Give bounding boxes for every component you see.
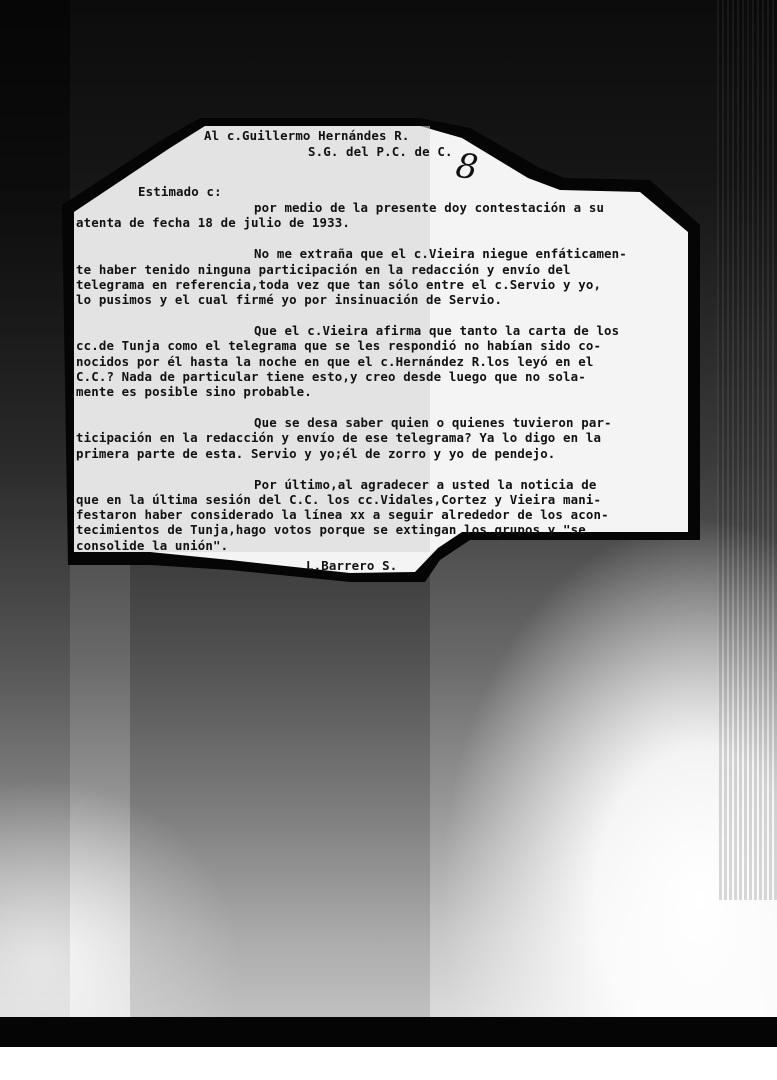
signature: L.Barrero S. <box>306 558 397 573</box>
text-line: Que el c.Vieira afirma que tanto la cart… <box>76 323 696 338</box>
text-line: consolide la unión". <box>76 538 696 553</box>
paragraph-4: Que se desa saber quien o quienes tuvier… <box>76 415 696 461</box>
text-line: Que se desa saber quien o quienes tuvier… <box>76 415 696 430</box>
addressee-title: S.G. del P.C. de C. <box>308 144 453 159</box>
text-line: cc.de Tunja como el telegrama que se les… <box>76 338 696 353</box>
text-line: telegrama en referencia,toda vez que tan… <box>76 277 696 292</box>
text-line: mente es posible sino probable. <box>76 384 696 399</box>
text-line: lo pusimos y el cual firmé yo por insinu… <box>76 292 696 307</box>
film-margin <box>0 1047 777 1080</box>
text-line: tecimientos de Tunja,hago votos porque s… <box>76 522 696 537</box>
salutation: Estimado c: <box>138 184 222 199</box>
text-line: No me extraña que el c.Vieira niegue enf… <box>76 246 696 261</box>
text-line: primera parte de esta. Servio y yo;él de… <box>76 446 696 461</box>
text-line: C.C.? Nada de particular tiene esto,y cr… <box>76 369 696 384</box>
letter-body: por medio de la presente doy contestació… <box>76 200 696 569</box>
text-line: que en la última sesión del C.C. los cc.… <box>76 492 696 507</box>
text-line: ticipación en la redacción y envío de es… <box>76 430 696 445</box>
paragraph-5: Por último,al agradecer a usted la notic… <box>76 477 696 553</box>
addressee-line: Al c.Guillermo Hernándes R. <box>204 128 409 143</box>
text-line: nocidos por él hasta la noche en que el … <box>76 354 696 369</box>
paragraph-2: No me extraña que el c.Vieira niegue enf… <box>76 246 696 307</box>
paragraph-1: por medio de la presente doy contestació… <box>76 200 696 230</box>
text-line: atenta de fecha 18 de julio de 1933. <box>76 215 696 230</box>
handwritten-page-number: 8 <box>455 159 479 177</box>
paragraph-3: Que el c.Vieira afirma que tanto la cart… <box>76 323 696 399</box>
film-frame-edge <box>0 1017 777 1047</box>
text-line: te haber tenido ninguna participación en… <box>76 262 696 277</box>
text-line: Por último,al agradecer a usted la notic… <box>76 477 696 492</box>
text-line: por medio de la presente doy contestació… <box>76 200 696 215</box>
text-line: festaron haber considerado la línea xx a… <box>76 507 696 522</box>
